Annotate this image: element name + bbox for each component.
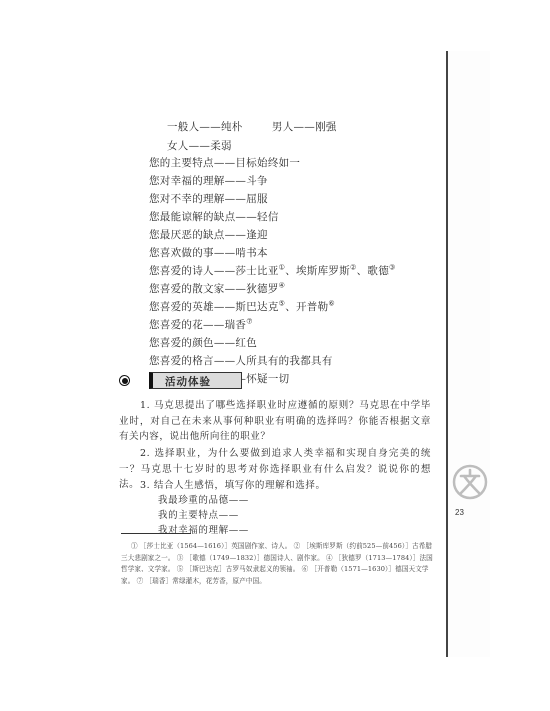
confession-line: 您的主要特点——目标始终如一 bbox=[149, 156, 300, 170]
question-text: 您喜爱的散文家 bbox=[149, 283, 225, 295]
question-text: 您喜爱的颜色 bbox=[149, 337, 214, 349]
confession-line: 您喜欢做的事——啃书本 bbox=[149, 246, 268, 260]
verse-line-2: 女人——柔弱 bbox=[167, 139, 232, 153]
footnotes: ① ［莎士比亚（1564—1616）］英国剧作家、诗人。 ② ［埃斯库罗斯（约前… bbox=[121, 541, 433, 587]
dash: —— bbox=[214, 265, 236, 277]
answer-text: 啃书本 bbox=[235, 247, 267, 259]
dash: —— bbox=[214, 247, 236, 259]
dash: —— bbox=[214, 157, 236, 169]
answer-text: 目标始终如一 bbox=[235, 157, 300, 169]
verse-text: 女人——柔弱 bbox=[167, 140, 232, 152]
confession-line: 您最能谅解的缺点——轻信 bbox=[149, 210, 279, 224]
textbook-page: 一般人——纯朴 男人——刚强 女人——柔弱 您的主要特点——目标始终如一您对幸福… bbox=[0, 0, 550, 711]
answer-text: 瑞香⑦ bbox=[225, 319, 253, 331]
question-text: 您对幸福的理解 bbox=[149, 175, 225, 187]
verse-text: 男人——刚强 bbox=[272, 121, 337, 133]
dash: —— bbox=[225, 283, 247, 295]
confession-line: 您喜爱的英雄——斯巴达克⑤、开普勒⑥ bbox=[149, 300, 335, 314]
dash: —— bbox=[214, 301, 236, 313]
dash: —— bbox=[225, 229, 247, 241]
question-text: 您最能谅解的缺点 bbox=[149, 211, 235, 223]
question-text: 您喜爱的格言 bbox=[149, 355, 214, 367]
margin-strip bbox=[448, 51, 490, 657]
answer-text: 屈服 bbox=[246, 193, 268, 205]
answer-text: 斗争 bbox=[246, 175, 268, 187]
question-text: 您最厌恶的缺点 bbox=[149, 229, 225, 241]
fill-line-1: 我最珍重的品德—— bbox=[158, 493, 249, 508]
dash: —— bbox=[214, 355, 236, 367]
fill-line-3: 我对幸福的理解—— bbox=[158, 523, 249, 538]
answer-text: 狄德罗④ bbox=[246, 283, 285, 295]
confession-line: 您喜爱的花——瑞香⑦ bbox=[149, 318, 253, 332]
dash: —— bbox=[225, 175, 247, 187]
answer-text: 轻信 bbox=[257, 211, 279, 223]
section-title: 活动体验 bbox=[165, 374, 211, 389]
footnote-divider bbox=[121, 533, 191, 534]
confession-line: 您喜爱的诗人——莎士比亚①、埃斯库罗斯②、歌德③ bbox=[149, 264, 396, 278]
fill-line-2: 我的主要特点—— bbox=[158, 508, 239, 523]
verse-text: 一般人——纯朴 bbox=[167, 121, 243, 133]
culture-emblem-icon bbox=[452, 464, 488, 500]
confession-line: 您喜爱的颜色——红色 bbox=[149, 336, 257, 350]
question-3: 3. 结合人生感悟，填写你的理解和选择。 bbox=[119, 478, 431, 494]
verse-line-1: 一般人——纯朴 男人——刚强 bbox=[167, 120, 337, 134]
question-text: 您对不幸的理解 bbox=[149, 193, 225, 205]
section-title-box: 活动体验 bbox=[149, 372, 242, 389]
confession-line: 您对幸福的理解——斗争 bbox=[149, 174, 268, 188]
confession-line: 您喜爱的格言——人所具有的我都具有 bbox=[149, 354, 333, 368]
margin-rule bbox=[446, 51, 448, 657]
dash: —— bbox=[235, 211, 257, 223]
answer-text: 逢迎 bbox=[246, 229, 268, 241]
question-text: 您的主要特点 bbox=[149, 157, 214, 169]
answer-text: 人所具有的我都具有 bbox=[235, 355, 332, 367]
confession-line: 您最厌恶的缺点——逢迎 bbox=[149, 228, 268, 242]
confession-line: 您喜爱的散文家——狄德罗④ bbox=[149, 282, 285, 296]
dash: —— bbox=[203, 319, 225, 331]
question-text: 您喜欢做的事 bbox=[149, 247, 214, 259]
confession-line: 您对不幸的理解——屈服 bbox=[149, 192, 268, 206]
bullet-icon bbox=[119, 375, 130, 386]
question-text: 您喜爱的诗人 bbox=[149, 265, 214, 277]
page-number: 23 bbox=[455, 508, 464, 517]
answer-text: 斯巴达克⑤、开普勒⑥ bbox=[235, 301, 335, 313]
answer-text: 莎士比亚①、埃斯库罗斯②、歌德③ bbox=[235, 265, 395, 277]
question-text: 您喜爱的英雄 bbox=[149, 301, 214, 313]
dash: —— bbox=[225, 193, 247, 205]
answer-text: 红色 bbox=[235, 337, 257, 349]
dash: —— bbox=[214, 337, 236, 349]
question-text: 您喜爱的花 bbox=[149, 319, 203, 331]
answer-text: 怀疑一切 bbox=[246, 373, 289, 385]
question-1: 1. 马克思提出了哪些选择职业时应遵循的原则？马克思在中学毕业时，对自己在未来从… bbox=[119, 398, 431, 445]
